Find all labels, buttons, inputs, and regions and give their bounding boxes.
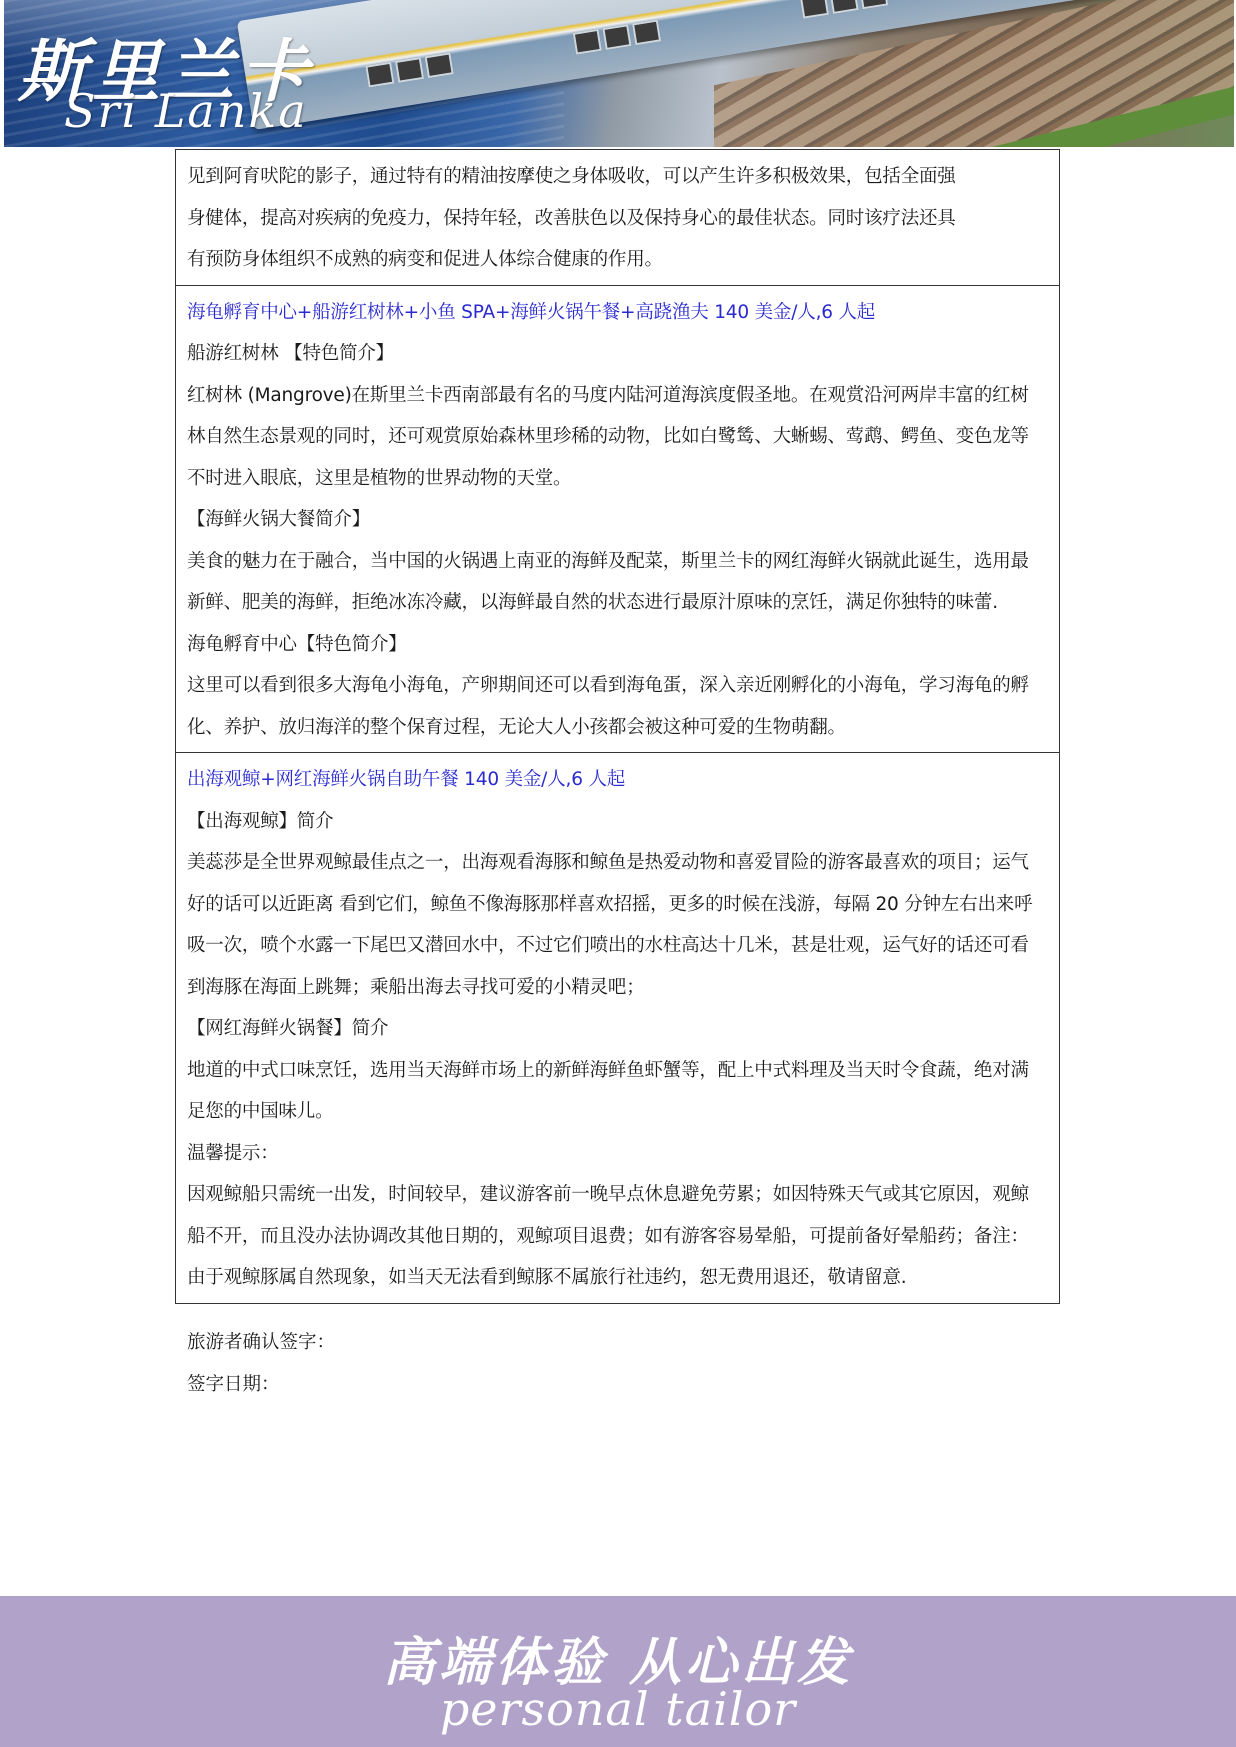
subheading: 【网红海鲜火锅餐】简介 (187, 1008, 1049, 1050)
itinerary-table: 见到阿育吠陀的影子，通过特有的精油按摩使之身体吸收，可以产生许多积极效果，包括全… (175, 149, 1060, 1304)
header-banner: 斯里兰卡 Sri Lanka (4, 0, 1234, 147)
paragraph-line: 化、养护、放归海洋的整个保育过程，无论大人小孩都会被这种可爱的生物萌翻。 (187, 707, 1049, 749)
paragraph-line: 到海豚在海面上跳舞；乘船出海去寻找可爱的小精灵吧； (187, 967, 1049, 1009)
subheading: 海龟孵育中心【特色简介】 (187, 624, 1049, 666)
banner-title-english: Sri Lanka (64, 84, 308, 138)
paragraph-line: 美食的魅力在于融合，当中国的火锅遇上南亚的海鲜及配菜，斯里兰卡的网红海鲜火锅就此… (187, 541, 1049, 583)
paragraph-line: 林自然生态景观的同时，还可观赏原始森林里珍稀的动物，比如白鹭鸶、大蜥蜴、莺鹉、鳄… (187, 416, 1049, 458)
section-turtle-mangrove-package: 海龟孵育中心+船游红树林+小鱼 SPA+海鲜火锅午餐+高跷渔夫 140 美金/人… (176, 285, 1060, 753)
paragraph-line: 船不开，而且没办法协调改其他日期的，观鲸项目退费；如有游客容易晕船，可提前备好晕… (187, 1216, 1049, 1258)
paragraph-line: 地道的中式口味烹饪，选用当天海鲜市场上的新鲜海鲜鱼虾蟹等，配上中式料理及当天时令… (187, 1050, 1049, 1092)
paragraph-line: 足您的中国味儿。 (187, 1091, 1049, 1133)
package-title: 海龟孵育中心+船游红树林+小鱼 SPA+海鲜火锅午餐+高跷渔夫 140 美金/人… (187, 292, 1049, 334)
paragraph-line: 吸一次，喷个水露一下尾巴又潜回水中，不过它们喷出的水柱高达十几米，甚是壮观，运气… (187, 925, 1049, 967)
signature-date-label: 签字日期： (187, 1364, 280, 1405)
paragraph-line: 不时进入眼底，这里是植物的世界动物的天堂。 (187, 458, 1049, 500)
tips-label: 温馨提示： (187, 1133, 1049, 1175)
paragraph-line: 新鲜、肥美的海鲜，拒绝冰冻冷藏，以海鲜最自然的状态进行最原汁原味的烹饪，满足你独… (187, 582, 1049, 624)
subheading: 船游红树林 【特色简介】 (187, 333, 1049, 375)
paragraph-line: 由于观鲸豚属自然现象，如当天无法看到鲸豚不属旅行社违约，恕无费用退还，敬请留意. (187, 1257, 1049, 1299)
table-row: 海龟孵育中心+船游红树林+小鱼 SPA+海鲜火锅午餐+高跷渔夫 140 美金/人… (176, 285, 1060, 753)
table-row: 出海观鲸+网红海鲜火锅自助午餐 140 美金/人,6 人起 【出海观鲸】简介 美… (176, 753, 1060, 1304)
paragraph-line: 好的话可以近距离 看到它们，鲸鱼不像海豚那样喜欢招摇，更多的时候在浅游，每隔 2… (187, 884, 1049, 926)
table-row: 见到阿育吠陀的影子，通过特有的精油按摩使之身体吸收，可以产生许多积极效果，包括全… (176, 150, 1060, 286)
paragraph-line: 有预防身体组织不成熟的病变和促进人体综合健康的作用。 (187, 239, 1049, 281)
paragraph-line: 红树林 (Mangrove)在斯里兰卡西南部最有名的马度内陆河道海滨度假圣地。在… (187, 375, 1049, 417)
footer-banner: 高端体验 从心出发 personal tailor (0, 1596, 1236, 1747)
footer-slogan-english: personal tailor (0, 1682, 1236, 1736)
package-title: 出海观鲸+网红海鲜火锅自助午餐 140 美金/人,6 人起 (187, 759, 1049, 801)
tourist-signature-label: 旅游者确认签字： (187, 1322, 335, 1363)
paragraph-line: 见到阿育吠陀的影子，通过特有的精油按摩使之身体吸收，可以产生许多积极效果，包括全… (187, 156, 1049, 198)
paragraph-line: 身健体，提高对疾病的免疫力，保持年轻，改善肤色以及保持身心的最佳状态。同时该疗法… (187, 198, 1049, 240)
paragraph-line: 因观鲸船只需统一出发，时间较早，建议游客前一晚早点休息避免劳累；如因特殊天气或其… (187, 1174, 1049, 1216)
paragraph-line: 美蕊莎是全世界观鲸最佳点之一，出海观看海豚和鲸鱼是热爱动物和喜爱冒险的游客最喜欢… (187, 842, 1049, 884)
section-whale-watching-package: 出海观鲸+网红海鲜火锅自助午餐 140 美金/人,6 人起 【出海观鲸】简介 美… (176, 753, 1060, 1304)
subheading: 【海鲜火锅大餐简介】 (187, 499, 1049, 541)
section-ayurveda-continued: 见到阿育吠陀的影子，通过特有的精油按摩使之身体吸收，可以产生许多积极效果，包括全… (176, 150, 1060, 286)
subheading: 【出海观鲸】简介 (187, 801, 1049, 843)
paragraph-line: 这里可以看到很多大海龟小海龟，产卵期间还可以看到海龟蛋，深入亲近刚孵化的小海龟，… (187, 665, 1049, 707)
